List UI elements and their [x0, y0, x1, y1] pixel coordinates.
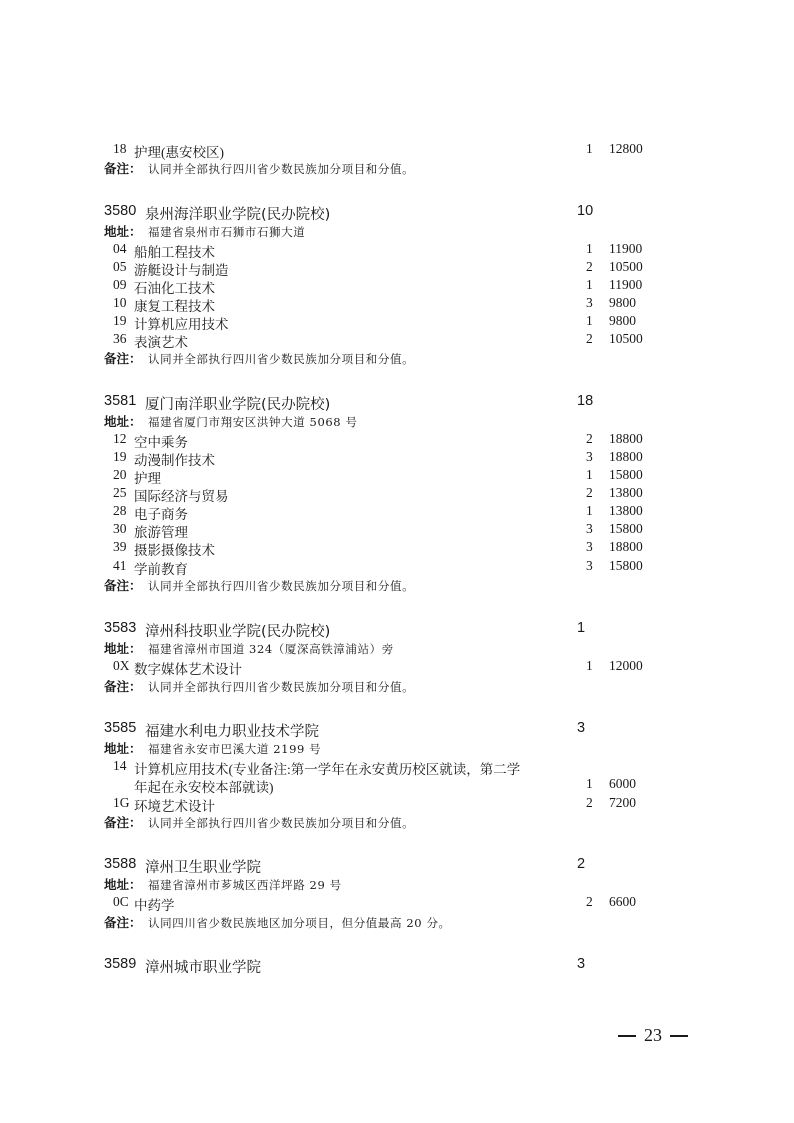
program-name: 石油化工技术 [134, 277, 215, 297]
program-count: 2 [586, 259, 593, 275]
program-count: 1 [586, 658, 593, 674]
address-label: 地址： [104, 222, 142, 240]
school-name: 福建水利电力职业技术学院 [145, 720, 319, 741]
program-row: 05 游艇设计与制造 2 10500 [0, 259, 794, 277]
program-name: 摄影摄像技术 [134, 539, 215, 559]
program-name: 船舶工程技术 [134, 241, 215, 261]
program-name-continued: 年起在永安校本部就读) [134, 776, 274, 796]
remark-label: 备注： [104, 913, 142, 931]
remark-text: 认同并全部执行四川省少数民族加分项目和分值。 [148, 161, 414, 177]
program-fee: 6600 [609, 894, 636, 910]
remark-row: 备注： 认同并全部执行四川省少数民族加分项目和分值。 [0, 159, 794, 177]
program-name: 游艇设计与制造 [134, 259, 229, 279]
program-code: 41 [113, 558, 127, 574]
program-row: 20 护理 1 15800 [0, 467, 794, 485]
program-row: 41 学前教育 3 15800 [0, 558, 794, 576]
remark-label: 备注： [104, 813, 142, 831]
program-count: 1 [586, 776, 593, 792]
school-name: 泉州海洋职业学院(民办院校) [145, 203, 330, 224]
program-code: 12 [113, 431, 127, 447]
program-fee: 15800 [609, 558, 643, 574]
school-header: 3583 漳州科技职业学院(民办院校) 1 [0, 620, 794, 638]
program-name: 计算机应用技术 [134, 313, 229, 333]
program-count: 2 [586, 431, 593, 447]
program-code: 30 [113, 521, 127, 537]
program-code: 0C [113, 894, 129, 910]
address-text: 福建省永安市巴溪大道 2199 号 [148, 741, 321, 757]
remark-text: 认同四川省少数民族地区加分项目，但分值最高 20 分。 [148, 915, 451, 931]
school-total: 3 [577, 956, 585, 972]
program-row: 10 康复工程技术 3 9800 [0, 295, 794, 313]
program-row: 28 电子商务 1 13800 [0, 503, 794, 521]
school-name: 漳州科技职业学院(民办院校) [145, 620, 330, 641]
program-row: 04 船舶工程技术 1 11900 [0, 241, 794, 259]
program-fee: 11900 [609, 241, 642, 257]
program-count: 2 [586, 331, 593, 347]
program-count: 3 [586, 295, 593, 311]
program-name: 数字媒体艺术设计 [134, 658, 242, 678]
address-text: 福建省漳州市国道 324（厦深高铁漳浦站）旁 [148, 641, 394, 657]
program-code: 1G [113, 795, 130, 811]
program-code: 04 [113, 241, 127, 257]
program-fee: 9800 [609, 313, 636, 329]
remark-row: 备注： 认同并全部执行四川省少数民族加分项目和分值。 [0, 813, 794, 831]
remark-label: 备注： [104, 677, 142, 695]
program-count: 2 [586, 894, 593, 910]
program-count: 1 [586, 141, 593, 157]
program-code: 10 [113, 295, 127, 311]
program-fee: 11900 [609, 277, 642, 293]
remark-label: 备注： [104, 349, 142, 367]
remark-text: 认同并全部执行四川省少数民族加分项目和分值。 [148, 815, 414, 831]
program-code: 36 [113, 331, 127, 347]
program-code: 0X [113, 658, 130, 674]
school-total: 3 [577, 720, 585, 736]
program-code: 19 [113, 313, 127, 329]
program-code: 28 [113, 503, 127, 519]
program-count: 1 [586, 277, 593, 293]
program-row: 18 护理(惠安校区) 1 12800 [0, 141, 794, 159]
school-code: 3581 [104, 393, 136, 409]
remark-text: 认同并全部执行四川省少数民族加分项目和分值。 [148, 679, 414, 695]
school-name: 漳州城市职业学院 [145, 956, 261, 977]
program-row: 14 计算机应用技术(专业备注:第一学年在永安黄历校区就读，第二学 [0, 758, 794, 776]
program-name: 动漫制作技术 [134, 449, 215, 469]
address-text: 福建省漳州市芗城区西洋坪路 29 号 [148, 877, 342, 893]
program-row: 36 表演艺术 2 10500 [0, 331, 794, 349]
program-count: 1 [586, 503, 593, 519]
program-name: 康复工程技术 [134, 295, 215, 315]
school-code: 3580 [104, 203, 136, 219]
school-total: 18 [577, 393, 593, 409]
program-fee: 13800 [609, 485, 643, 501]
program-fee: 18800 [609, 431, 643, 447]
program-fee: 6000 [609, 776, 636, 792]
program-count: 2 [586, 795, 593, 811]
program-fee: 7200 [609, 795, 636, 811]
program-row: 19 计算机应用技术 1 9800 [0, 313, 794, 331]
remark-row: 备注： 认同并全部执行四川省少数民族加分项目和分值。 [0, 576, 794, 594]
remark-label: 备注： [104, 159, 142, 177]
program-code: 25 [113, 485, 127, 501]
school-code: 3585 [104, 720, 136, 736]
address-row: 地址： 福建省厦门市翔安区洪钟大道 5068 号 [0, 412, 794, 430]
program-name: 环境艺术设计 [134, 795, 215, 815]
program-code: 05 [113, 259, 127, 275]
school-total: 2 [577, 856, 585, 872]
program-row: 09 石油化工技术 1 11900 [0, 277, 794, 295]
school-header: 3588 漳州卫生职业学院 2 [0, 856, 794, 874]
program-count: 3 [586, 558, 593, 574]
program-fee: 9800 [609, 295, 636, 311]
program-name: 空中乘务 [134, 431, 188, 451]
school-code: 3583 [104, 620, 136, 636]
school-code: 3588 [104, 856, 136, 872]
program-count: 1 [586, 241, 593, 257]
page-number-text: 23 [644, 1025, 662, 1046]
program-name: 旅游管理 [134, 521, 188, 541]
address-row: 地址： 福建省永安市巴溪大道 2199 号 [0, 739, 794, 757]
program-count: 2 [586, 485, 593, 501]
school-header: 3580 泉州海洋职业学院(民办院校) 10 [0, 203, 794, 221]
program-code: 18 [113, 141, 127, 157]
address-label: 地址： [104, 739, 142, 757]
program-row: 0X 数字媒体艺术设计 1 12000 [0, 658, 794, 676]
address-text: 福建省厦门市翔安区洪钟大道 5068 号 [148, 414, 358, 430]
program-code: 20 [113, 467, 127, 483]
program-fee: 18800 [609, 449, 643, 465]
program-name: 护理 [134, 467, 161, 487]
program-count: 3 [586, 521, 593, 537]
program-row: 30 旅游管理 3 15800 [0, 521, 794, 539]
program-fee: 12800 [609, 141, 643, 157]
program-fee: 18800 [609, 539, 643, 555]
document-page: 18 护理(惠安校区) 1 12800 备注： 认同并全部执行四川省少数民族加分… [0, 0, 794, 1123]
address-label: 地址： [104, 639, 142, 657]
dash-left [618, 1035, 636, 1037]
program-code: 14 [113, 758, 127, 774]
remark-row: 备注： 认同并全部执行四川省少数民族加分项目和分值。 [0, 349, 794, 367]
program-row: 39 摄影摄像技术 3 18800 [0, 539, 794, 557]
remark-label: 备注： [104, 576, 142, 594]
program-code: 19 [113, 449, 127, 465]
program-fee: 12000 [609, 658, 643, 674]
program-fee: 15800 [609, 521, 643, 537]
school-header: 3585 福建水利电力职业技术学院 3 [0, 720, 794, 738]
program-code: 39 [113, 539, 127, 555]
program-name: 护理(惠安校区) [134, 141, 224, 161]
program-count: 1 [586, 467, 593, 483]
program-row: 19 动漫制作技术 3 18800 [0, 449, 794, 467]
dash-right [670, 1035, 688, 1037]
address-label: 地址： [104, 875, 142, 893]
address-label: 地址： [104, 412, 142, 430]
school-total: 1 [577, 620, 585, 636]
remark-text: 认同并全部执行四川省少数民族加分项目和分值。 [148, 578, 414, 594]
remark-row: 备注： 认同四川省少数民族地区加分项目，但分值最高 20 分。 [0, 913, 794, 931]
address-row: 地址： 福建省泉州市石狮市石狮大道 [0, 222, 794, 240]
address-row: 地址： 福建省漳州市芗城区西洋坪路 29 号 [0, 875, 794, 893]
program-row: 25 国际经济与贸易 2 13800 [0, 485, 794, 503]
program-fee: 15800 [609, 467, 643, 483]
school-header: 3581 厦门南洋职业学院(民办院校) 18 [0, 393, 794, 411]
program-count: 1 [586, 313, 593, 329]
program-name: 学前教育 [134, 558, 188, 578]
program-row-continued: 年起在永安校本部就读) 1 6000 [0, 776, 794, 794]
program-fee: 13800 [609, 503, 643, 519]
program-row: 1G 环境艺术设计 2 7200 [0, 795, 794, 813]
program-count: 3 [586, 449, 593, 465]
school-header: 3589 漳州城市职业学院 3 [0, 956, 794, 974]
school-name: 漳州卫生职业学院 [145, 856, 261, 877]
program-row: 0C 中药学 2 6600 [0, 894, 794, 912]
remark-row: 备注： 认同并全部执行四川省少数民族加分项目和分值。 [0, 677, 794, 695]
program-name: 电子商务 [134, 503, 188, 523]
page-number: 23 [618, 1025, 688, 1046]
program-count: 3 [586, 539, 593, 555]
program-name: 中药学 [134, 894, 175, 914]
program-row: 12 空中乘务 2 18800 [0, 431, 794, 449]
program-fee: 10500 [609, 331, 643, 347]
program-name: 国际经济与贸易 [134, 485, 229, 505]
address-row: 地址： 福建省漳州市国道 324（厦深高铁漳浦站）旁 [0, 639, 794, 657]
school-name: 厦门南洋职业学院(民办院校) [145, 393, 330, 414]
address-text: 福建省泉州市石狮市石狮大道 [148, 224, 305, 240]
program-code: 09 [113, 277, 127, 293]
remark-text: 认同并全部执行四川省少数民族加分项目和分值。 [148, 351, 414, 367]
program-fee: 10500 [609, 259, 643, 275]
school-code: 3589 [104, 956, 136, 972]
school-total: 10 [577, 203, 593, 219]
program-name: 表演艺术 [134, 331, 188, 351]
program-name: 计算机应用技术(专业备注:第一学年在永安黄历校区就读，第二学 [134, 758, 520, 778]
